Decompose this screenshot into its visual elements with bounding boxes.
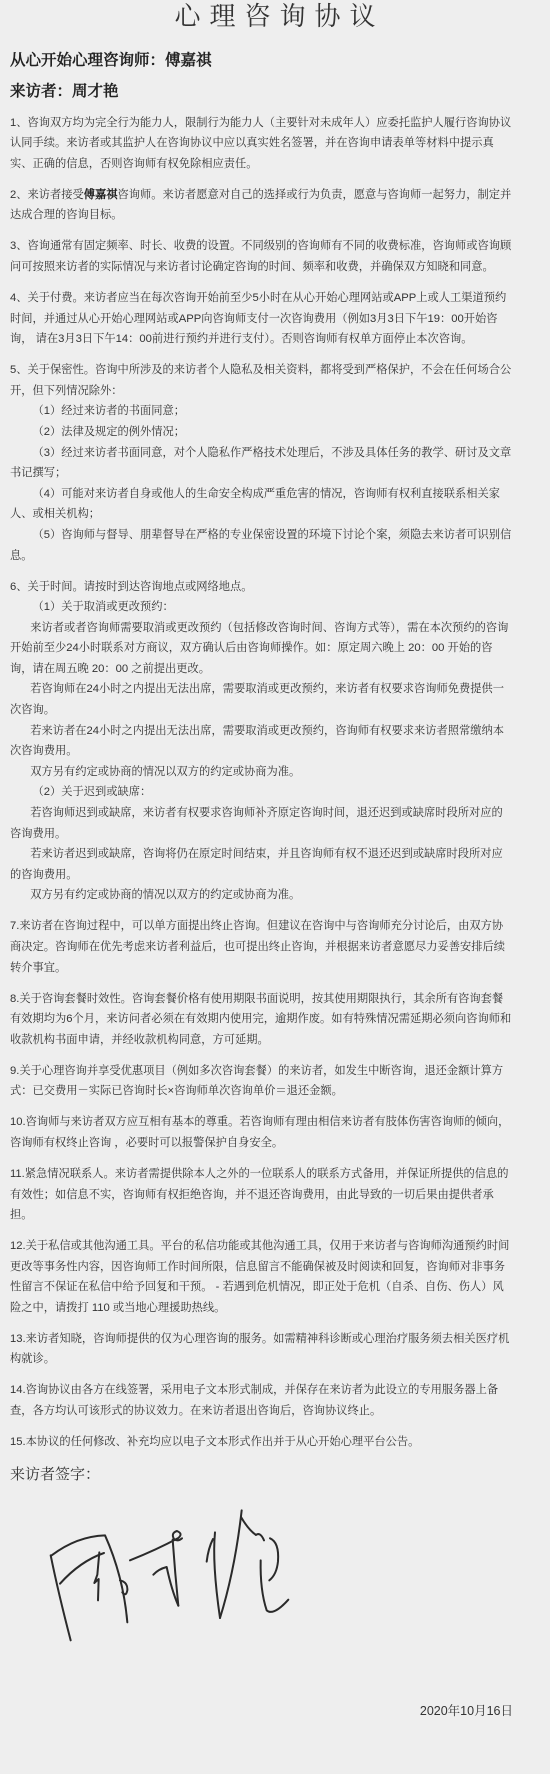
clause-sub-paragraph: 双方另有约定或协商的情况以双方的约定或协商为准。	[10, 762, 513, 783]
clause-8: 8.关于咨询套餐时效性。咨询套餐价格有使用期限书面说明，按其使用期限执行，其余所…	[10, 989, 513, 1051]
counselor-name: 傅嘉祺	[165, 52, 212, 69]
clause-sub-paragraph: 若咨询师迟到或缺席，来访者有权要求咨询师补齐原定咨询时间，退还迟到或缺席时段所对…	[10, 803, 513, 844]
visitor-line: 来访者：周才艳	[10, 80, 513, 104]
clause-9: 9.关于心理咨询并享受优惠项目（例如多次咨询套餐）的来访者，如发生中断咨询，退还…	[10, 1061, 513, 1102]
clause-sub-item: （3）经过来访者书面同意，对个人隐私作严格技术处理后，不涉及具体任务的教学、研讨…	[10, 443, 513, 484]
clause-sub-item: （5）咨询师与督导、朋辈督导在严格的专业保密设置的环境下讨论个案，须隐去来访者可…	[10, 525, 513, 566]
clause-text: 1、咨询双方均为完全行为能力人，限制行为能力人（主要针对未成年人）应委托监护人履…	[10, 113, 513, 175]
clause-6: 6、关于时间。请按时到达咨询地点或网络地点。 （1）关于取消或更改预约： 来访者…	[10, 577, 513, 907]
counselor-label: 从心开始心理咨询师：	[10, 52, 165, 69]
clause-sub-paragraph: 若来访者在24小时之内提出无法出席，需要取消或更改预约，咨询师有权要求来访者照常…	[10, 721, 513, 762]
clause-10: 10.咨询师与来访者双方应互相有基本的尊重。若咨询师有理由相信来访者有肢体伤害咨…	[10, 1112, 513, 1153]
clause-text: 3、咨询通常有固定频率、时长、收费的设置。不同级别的咨询师有不同的收费标准，咨询…	[10, 236, 513, 277]
signature-area	[10, 1487, 513, 1702]
clause-12: 12.关于私信或其他沟通工具。平台的私信功能或其他沟通工具，仅用于来访者与咨询师…	[10, 1236, 513, 1318]
clause-sub-item: （2）法律及规定的例外情况；	[10, 422, 513, 443]
counselor-name-emphasis: 傅嘉祺	[84, 189, 118, 201]
clause-text: 8.关于咨询套餐时效性。咨询套餐价格有使用期限书面说明，按其使用期限执行，其余所…	[10, 989, 513, 1051]
clause-list: 1、咨询双方均为完全行为能力人，限制行为能力人（主要针对未成年人）应委托监护人履…	[10, 113, 513, 1453]
clause-text: 11.紧急情况联系人。来访者需提供除本人之外的一位联系人的联系方式备用，并保证所…	[10, 1164, 513, 1226]
clause-text: 15.本协议的任何修改、补充均应以电子文本形式作出并于从心开始心理平台公告。	[10, 1432, 513, 1453]
visitor-name: 周才艳	[72, 83, 119, 100]
clause-text: 4、关于付费。来访者应当在每次咨询开始前至少5小时在从心开始心理网站或APP上或…	[10, 288, 513, 350]
clause-sub-paragraph: 双方另有约定或协商的情况以双方的约定或协商为准。	[10, 885, 513, 906]
clause-3: 3、咨询通常有固定频率、时长、收费的设置。不同级别的咨询师有不同的收费标准，咨询…	[10, 236, 513, 277]
signing-date: 2020年10月16日	[10, 1702, 513, 1720]
clause-text: 12.关于私信或其他沟通工具。平台的私信功能或其他沟通工具，仅用于来访者与咨询师…	[10, 1236, 513, 1318]
signature-label: 来访者签字：	[10, 1463, 513, 1487]
clause-7: 7.来访者在咨询过程中，可以单方面提出终止咨询。但建议在咨询中与咨询师充分讨论后…	[10, 916, 513, 978]
clause-sub-paragraph: 来访者或者咨询师需要取消或更改预约（包括修改咨询时间、咨询方式等），需在本次预约…	[10, 618, 513, 680]
clause-text: 9.关于心理咨询并享受优惠项目（例如多次咨询套餐）的来访者，如发生中断咨询，退还…	[10, 1061, 513, 1102]
clause-sub-paragraph: 若来访者迟到或缺席，咨询将仍在原定时间结束，并且咨询师有权不退还迟到或缺席时段所…	[10, 844, 513, 885]
clause-sub-item: （1）经过来访者的书面同意；	[10, 401, 513, 422]
clause-text-prefix: 2、来访者接受	[10, 189, 84, 201]
document-title: 心理咨询协议	[0, 0, 550, 32]
clause-13: 13.来访者知晓，咨询师提供的仅为心理咨询的服务。如需精神科诊断或心理治疗服务须…	[10, 1329, 513, 1370]
clause-1: 1、咨询双方均为完全行为能力人，限制行为能力人（主要针对未成年人）应委托监护人履…	[10, 113, 513, 175]
clause-sub-item: （4）可能对来访者自身或他人的生命安全构成严重危害的情况，咨询师有权利直接联系相…	[10, 484, 513, 525]
clause-sub-heading: （2）关于迟到或缺席：	[10, 782, 513, 803]
clause-sub-paragraph: 若咨询师在24小时之内提出无法出席，需要取消或更改预约，来访者有权要求咨询师免费…	[10, 679, 513, 720]
agreement-document: 心理咨询协议 从心开始心理咨询师：傅嘉祺 来访者：周才艳 1、咨询双方均为完全行…	[0, 0, 513, 1720]
clause-text: 6、关于时间。请按时到达咨询地点或网络地点。	[10, 577, 513, 598]
clause-text: 10.咨询师与来访者双方应互相有基本的尊重。若咨询师有理由相信来访者有肢体伤害咨…	[10, 1112, 513, 1153]
clause-sub-heading: （1）关于取消或更改预约：	[10, 597, 513, 618]
clause-text: 14.咨询协议由各方在线签署，采用电子文本形式制成，并保存在来访者为此设立的专用…	[10, 1380, 513, 1421]
clause-11: 11.紧急情况联系人。来访者需提供除本人之外的一位联系人的联系方式备用，并保证所…	[10, 1164, 513, 1226]
clause-15: 15.本协议的任何修改、补充均应以电子文本形式作出并于从心开始心理平台公告。	[10, 1432, 513, 1453]
clause-14: 14.咨询协议由各方在线签署，采用电子文本形式制成，并保存在来访者为此设立的专用…	[10, 1380, 513, 1421]
clause-2: 2、来访者接受傅嘉祺咨询师。来访者愿意对自己的选择或行为负责，愿意与咨询师一起努…	[10, 185, 513, 226]
clause-text: 5、关于保密性。咨询中所涉及的来访者个人隐私及相关资料，都将受到严格保护，不会在…	[10, 360, 513, 401]
clause-text: 7.来访者在咨询过程中，可以单方面提出终止咨询。但建议在咨询中与咨询师充分讨论后…	[10, 916, 513, 978]
clause-5: 5、关于保密性。咨询中所涉及的来访者个人隐私及相关资料，都将受到严格保护，不会在…	[10, 360, 513, 566]
counselor-line: 从心开始心理咨询师：傅嘉祺	[10, 49, 513, 73]
handwritten-signature-image	[40, 1503, 290, 1648]
clause-text: 13.来访者知晓，咨询师提供的仅为心理咨询的服务。如需精神科诊断或心理治疗服务须…	[10, 1329, 513, 1370]
visitor-label: 来访者：	[10, 83, 72, 100]
clause-4: 4、关于付费。来访者应当在每次咨询开始前至少5小时在从心开始心理网站或APP上或…	[10, 288, 513, 350]
clause-text: 2、来访者接受傅嘉祺咨询师。来访者愿意对自己的选择或行为负责，愿意与咨询师一起努…	[10, 185, 513, 226]
